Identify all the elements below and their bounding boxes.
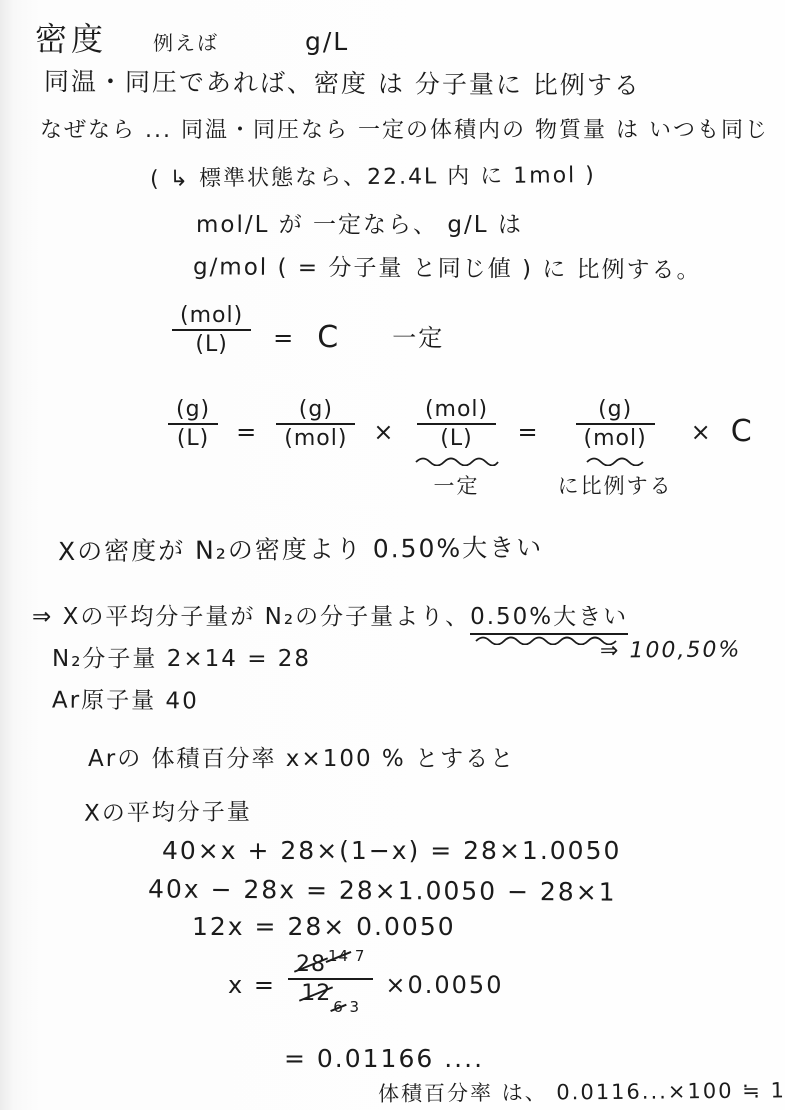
wavy-underline (585, 456, 645, 466)
handwritten-note-sheet: 密度 例えば g/L 同温・同圧であれば、密度 は 分子量に 比例する なぜなら… (0, 0, 785, 1110)
equation-step-3: 12x = 28× 0.0050 (192, 912, 456, 941)
fraction: (g) (mol) (576, 396, 655, 452)
equation-step-1: 40×x + 28×(1−x) = 28×1.0050 (162, 836, 621, 865)
final-answer-line: 体積百分率 は、 0.0116...×100 ≒ 1.2% (378, 1074, 785, 1108)
density-comparison-line: Xの密度が N₂の密度より 0.50%大きい (58, 528, 543, 568)
mol-per-L-line: mol/L が 一定なら、 g/L は (196, 206, 523, 239)
fraction-mol-over-L: (mol) (L) (172, 302, 251, 358)
fraction-numerator: (mol) (417, 396, 496, 423)
result-value: = 0.01166 .... (284, 1044, 484, 1073)
fraction-numerator: 2814 7 (288, 946, 373, 978)
fraction-numerator: (g) (291, 396, 341, 423)
assumption-line: Arの 体積百分率 x×100 % とすると (88, 740, 515, 773)
unit-g-per-L: g/L (305, 27, 349, 56)
cancelled-6: 6 (333, 998, 344, 1016)
percent-note: ⇒ 100,50% (600, 637, 742, 663)
fraction: (mol) (L) (417, 396, 496, 452)
cancelled-14: 14 (328, 947, 349, 965)
n2-molecular-weight-line: N₂分子量 2×14 = 28 (52, 640, 311, 673)
final-3: 3 (350, 998, 361, 1016)
constant-note: 一定 (392, 302, 444, 374)
constant-label: 一定 (434, 470, 480, 500)
fraction-denominator: (L) (169, 425, 217, 452)
x-equals: x = (228, 946, 276, 1024)
fraction-g-over-L: (g) (L) (168, 396, 218, 452)
fraction-g-over-mol-proportional: (g) (mol) に比例する (558, 396, 673, 500)
ar-atomic-weight-line: Ar原子量 40 (52, 681, 199, 715)
chain-equation: (g) (L) = (g) (mol) × (mol) (L) 一定 = (g)… (168, 396, 754, 500)
fraction-denominator: (mol) (576, 425, 655, 452)
constant-C: C (731, 396, 754, 468)
equation-step-4-cancellation: x = 2814 7 126 3 ×0.0050 (228, 946, 503, 1024)
times-value: ×0.0050 (385, 946, 503, 1024)
statement-proportional: 同温・同圧であれば、密度 は 分子量に 比例する (44, 62, 641, 102)
equals-sign: = (236, 396, 258, 468)
equals-sign: = (518, 396, 540, 468)
fraction-numerator: (g) (590, 396, 640, 423)
fraction-g-over-mol: (g) (mol) (276, 396, 355, 452)
cancel-chain-sup: 14 7 (328, 947, 365, 965)
fraction-mol-over-L-constant: (mol) (L) 一定 (414, 396, 500, 500)
fraction-numerator: (g) (168, 396, 218, 423)
equation-step-2: 40x − 28x = 28×1.0050 − 28×1 (148, 874, 617, 906)
avg-molecular-weight-label: Xの平均分子量 (84, 793, 252, 827)
fraction-denominator: (L) (187, 331, 235, 358)
fraction-numerator: (mol) (172, 302, 251, 329)
multiply-sign: × (691, 396, 713, 468)
constant-C: C (317, 302, 340, 374)
constant-equation: (mol) (L) = C 一定 (172, 302, 444, 374)
title-row: 密度 例えば g/L (35, 14, 349, 60)
fraction-denominator: (mol) (276, 425, 355, 452)
reason-line: なぜなら ... 同温・同圧なら 一定の体積内の 物質量 は いつも同じ (40, 113, 769, 144)
emph-text: 0.50%大きい (470, 598, 628, 635)
standard-state-note: ( ↳ 標準状態なら、22.4L 内 に 1mol ) (150, 158, 596, 193)
example-label: 例えば (153, 27, 219, 57)
cancelled-fraction: 2814 7 126 3 (288, 946, 373, 1017)
final-7: 7 (355, 947, 366, 965)
multiply-sign: × (373, 396, 395, 468)
g-per-mol-line: g/mol ( = 分子量 と同じ値 ) に 比例する。 (193, 248, 702, 285)
cancelled-28: 28 (296, 952, 326, 977)
fraction-denominator: 126 3 (293, 980, 368, 1017)
cancelled-12: 12 (301, 981, 331, 1006)
fraction-denominator: (L) (432, 425, 480, 452)
wavy-underline (414, 456, 500, 466)
implies-prefix: ⇒ Xの平均分子量が N₂の分子量より、 (32, 598, 470, 631)
density-title: 密度 (35, 14, 107, 60)
cancel-chain-sub: 6 3 (333, 998, 360, 1016)
equals-sign: = (273, 302, 295, 374)
implies-line: ⇒ Xの平均分子量が N₂の分子量より、 0.50%大きい (32, 598, 628, 645)
proportional-label: に比例する (558, 470, 673, 500)
